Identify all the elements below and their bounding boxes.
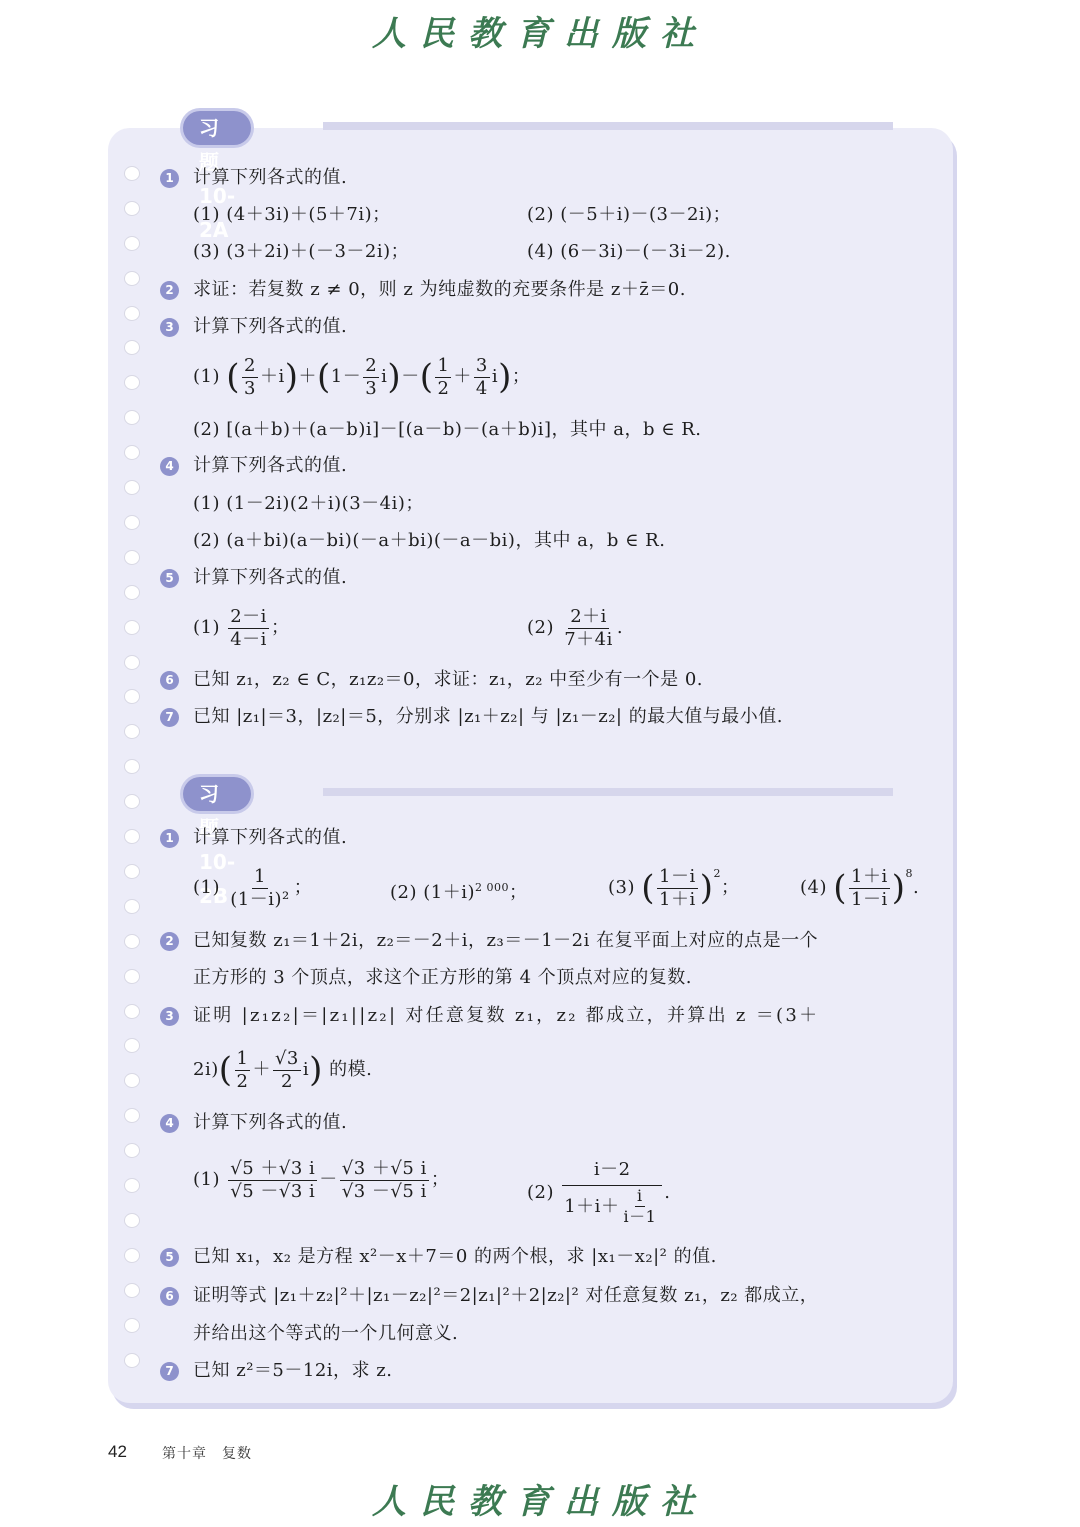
- question-text: 求证：若复数 z ≠ 0，则 z 为纯虚数的充要条件是 z＋z̄＝0.: [193, 278, 686, 302]
- binder-hole: [124, 1213, 140, 1228]
- question-text: 证明 |z₁z₂|＝|z₁||z₂| 对任意复数 z₁，z₂ 都成立，并算出 z…: [193, 1004, 819, 1028]
- question-number-badge: 7: [160, 1362, 179, 1381]
- sub-question: (2) (1＋i)2 000；: [390, 876, 527, 905]
- sub-label: (1): [193, 1168, 220, 1192]
- numerator: 1: [252, 868, 268, 889]
- chapter-title: 第十章 复数: [162, 1443, 252, 1463]
- denominator: 4: [474, 378, 490, 398]
- sub-question-fraction: (2) i－21＋i＋ii－1.: [527, 1154, 671, 1232]
- binder-hole: [124, 1353, 140, 1368]
- binder-hole: [124, 1143, 140, 1158]
- page-number: 42: [108, 1442, 127, 1462]
- sub-question-fraction: (1) (23＋i)＋(1－23i)－(12＋34i)；: [193, 352, 530, 402]
- numerator: 1: [235, 1050, 251, 1071]
- publisher-logo-top: 人民教育出版社: [0, 6, 1080, 55]
- question-number-badge: 2: [160, 932, 179, 951]
- question-stem: 计算下列各式的值.: [193, 166, 347, 190]
- binder-hole: [124, 271, 140, 286]
- binder-hole: [124, 201, 140, 216]
- denominator: 2: [235, 1071, 251, 1091]
- question-number-badge: 1: [160, 829, 179, 848]
- question-number-badge: 5: [160, 1248, 179, 1267]
- binder-hole: [124, 410, 140, 425]
- binder-hole: [124, 166, 140, 181]
- question-number-badge: 4: [160, 1114, 179, 1133]
- numerator: √5 ＋√3 i: [228, 1160, 317, 1181]
- sub-question: (2) (a＋bi)(a－bi)(－a＋bi)(－a－bi)，其中 a，b ∈ …: [193, 529, 665, 553]
- binder-hole: [124, 1004, 140, 1019]
- binder-hole: [124, 1038, 140, 1053]
- sub-label: (1): [193, 365, 220, 389]
- binder-hole: [124, 794, 140, 809]
- denominator: 4－i: [228, 629, 269, 649]
- denominator: 1－i: [849, 889, 890, 909]
- binder-hole: [124, 1248, 140, 1263]
- sub-question-fraction: (4) (1＋i1－i)8.: [800, 862, 919, 914]
- question-text: 证明等式 |z₁＋z₂|²＋|z₁－z₂|²＝2|z₁|²＋2|z₂|² 对任意…: [193, 1284, 818, 1308]
- numerator: 1＋i: [849, 868, 890, 889]
- binder-hole: [124, 934, 140, 949]
- question-number-badge: 5: [160, 569, 179, 588]
- binder-hole: [124, 480, 140, 495]
- question-number-badge: 3: [160, 318, 179, 337]
- sub-question: (4) (6－3i)－(－3i－2).: [527, 240, 731, 264]
- denominator: 7＋4i: [562, 629, 615, 649]
- question-number-badge: 3: [160, 1007, 179, 1026]
- question-text: 正方形的 3 个顶点，求这个正方形的第 4 个顶点对应的复数.: [193, 966, 692, 990]
- binder-hole: [124, 306, 140, 321]
- numerator: √3 ＋√5 i: [340, 1160, 429, 1181]
- numerator: 2－i: [228, 608, 269, 629]
- question-number-badge: 7: [160, 708, 179, 727]
- denominator: 1＋i: [657, 889, 698, 909]
- section-divider: [323, 788, 893, 796]
- expression: 2i): [193, 1058, 219, 1082]
- question-text-fraction: 2i)(12＋√32i) 的模.: [193, 1044, 372, 1096]
- expression: 的模.: [329, 1058, 372, 1082]
- binder-hole: [124, 236, 140, 251]
- expression: 1＋i＋: [564, 1198, 619, 1216]
- question-text: 已知 x₁，x₂ 是方程 x²－x＋7＝0 的两个根，求 |x₁－x₂|² 的值…: [193, 1245, 717, 1269]
- denominator: 3: [242, 378, 258, 398]
- question-stem: 计算下列各式的值.: [193, 826, 347, 850]
- question-text: 已知 z²＝5－12i，求 z.: [193, 1359, 392, 1383]
- binder-hole: [124, 445, 140, 460]
- exponent: 2: [713, 862, 721, 886]
- sub-question-fraction: (1) 1(1－i)²；: [193, 862, 312, 914]
- denominator: 2: [279, 1071, 295, 1091]
- binder-hole: [124, 655, 140, 670]
- sub-label: (1): [193, 616, 220, 640]
- publisher-logo-bottom: 人民教育出版社: [0, 1474, 1080, 1523]
- sub-question: (3) (3＋2i)＋(－3－2i)；: [193, 240, 409, 264]
- binder-hole: [124, 585, 140, 600]
- question-stem: 计算下列各式的值.: [193, 566, 347, 590]
- numerator: 2＋i: [568, 608, 609, 629]
- sub-question: (2) [(a＋b)＋(a－b)i]－[(a－b)－(a＋b)i]，其中 a，b…: [193, 418, 702, 442]
- question-stem: 计算下列各式的值.: [193, 454, 347, 478]
- question-text: 并给出这个等式的一个几何意义.: [193, 1322, 458, 1346]
- sub-label: (1): [193, 876, 220, 900]
- numerator: 1－i: [657, 868, 698, 889]
- question-number-badge: 6: [160, 1287, 179, 1306]
- binder-hole: [124, 1283, 140, 1298]
- binder-hole: [124, 1073, 140, 1088]
- denominator: 2: [435, 378, 451, 398]
- binder-hole: [124, 969, 140, 984]
- sub-question-fraction: (1) √5 ＋√3 i√5 －√3 i－√3 ＋√5 i√3 －√5 i；: [193, 1154, 449, 1206]
- binder-hole: [124, 550, 140, 565]
- numerator: √3: [273, 1050, 301, 1071]
- question-number-badge: 1: [160, 169, 179, 188]
- question-stem: 计算下列各式的值.: [193, 1111, 347, 1135]
- binder-hole: [124, 1318, 140, 1333]
- sub-question: (2) (－5＋i)－(3－2i)；: [527, 203, 731, 227]
- question-number-badge: 6: [160, 671, 179, 690]
- sub-label: (2): [527, 616, 554, 640]
- numerator: 2: [363, 357, 379, 378]
- sub-expression: (2) (1＋i): [390, 882, 475, 903]
- binder-hole: [124, 340, 140, 355]
- binder-hole: [124, 1178, 140, 1193]
- exponent: 8: [905, 862, 913, 886]
- binder-hole: [124, 515, 140, 530]
- denominator: i－1: [621, 1207, 658, 1225]
- binder-hole: [124, 724, 140, 739]
- denominator: 1＋i＋ii－1: [562, 1186, 662, 1225]
- section-title: 习题10-2A: [183, 111, 251, 145]
- sub-question-fraction: (3) (1－i1＋i)2；: [608, 862, 739, 914]
- sub-question: (1) (1－2i)(2＋i)(3－4i)；: [193, 492, 424, 516]
- sub-question-fraction: (1) 2－i4－i；: [193, 603, 289, 653]
- sub-question: (1) (4＋3i)＋(5＋7i)；: [193, 203, 391, 227]
- sub-label: (2): [527, 1181, 554, 1205]
- numerator: i－2: [562, 1161, 662, 1186]
- denominator: √3 －√5 i: [340, 1181, 429, 1201]
- binder-hole: [124, 759, 140, 774]
- numerator: 2: [242, 357, 258, 378]
- sub-question-fraction: (2) 2＋i7＋4i.: [527, 603, 623, 653]
- binder-hole: [124, 1108, 140, 1123]
- denominator: 3: [363, 378, 379, 398]
- numerator: i: [635, 1188, 645, 1207]
- numerator: 1: [435, 357, 451, 378]
- binder-hole: [124, 899, 140, 914]
- binder-hole: [124, 375, 140, 390]
- binder-hole: [124, 689, 140, 704]
- numerator: 3: [474, 357, 490, 378]
- binder-hole: [124, 829, 140, 844]
- question-number-badge: 2: [160, 281, 179, 300]
- question-text: 已知复数 z₁＝1＋2i，z₂＝－2＋i，z₃＝－1－2i 在复平面上对应的点是…: [193, 929, 818, 953]
- sub-label: (4): [800, 876, 827, 900]
- question-text: 已知 z₁，z₂ ∈ C，z₁z₂＝0，求证：z₁，z₂ 中至少有一个是 0.: [193, 668, 703, 692]
- exponent: 2 000: [475, 881, 509, 894]
- question-text: 已知 |z₁|＝3，|z₂|＝5，分别求 |z₁＋z₂| 与 |z₁－z₂| 的…: [193, 705, 783, 729]
- question-number-badge: 4: [160, 457, 179, 476]
- section-divider: [323, 122, 893, 130]
- binder-hole: [124, 620, 140, 635]
- denominator: (1－i)²: [228, 889, 291, 909]
- section-title: 习题10-2B: [183, 777, 251, 811]
- binder-hole: [124, 864, 140, 879]
- denominator: √5 －√3 i: [228, 1181, 317, 1201]
- question-stem: 计算下列各式的值.: [193, 315, 347, 339]
- sub-label: (3): [608, 876, 635, 900]
